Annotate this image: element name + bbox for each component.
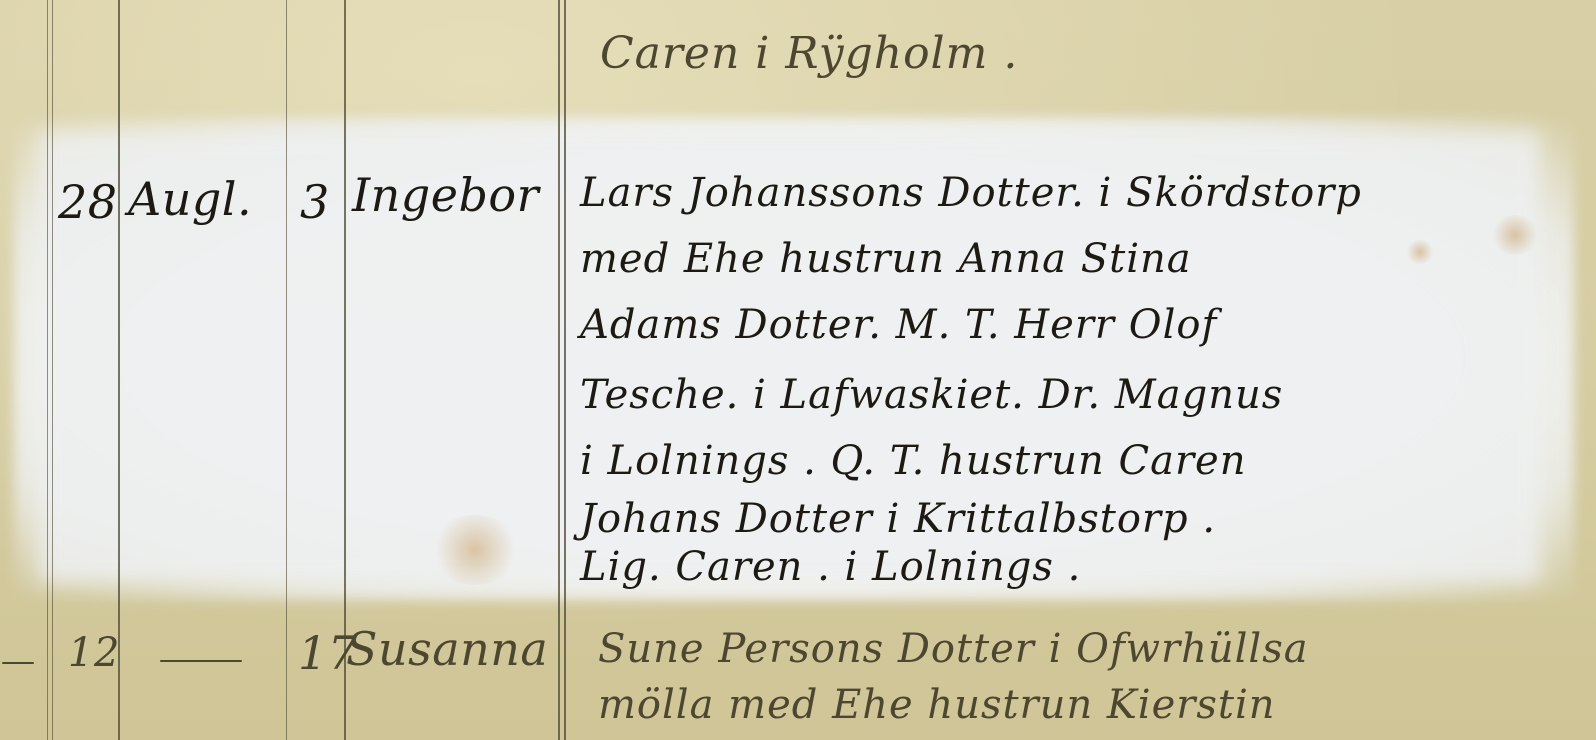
register-page: Caren i Rÿgholm . 28 Augl. 3 Ingebor Lar… <box>0 0 1596 740</box>
paper-stain <box>430 515 520 585</box>
entry-line-6: Johans Dotter i Krittalbstorp . <box>580 496 1216 542</box>
entry-bottom-child-name: Susanna <box>346 622 548 676</box>
entry-line-1: Lars Johanssons Dotter. i Skördstorp <box>580 170 1362 216</box>
entry-bottom-line-2: mölla med Ehe hustrun Kierstin <box>598 682 1276 728</box>
entry-bottom-number: 12 <box>68 630 120 676</box>
entry-bottom-line-1: Sune Persons Dotter i Ofwrhüllsa <box>598 626 1309 672</box>
entry-line-7: Lig. Caren . i Lolnings . <box>580 544 1081 590</box>
entry-child-name: Ingebor <box>352 168 539 222</box>
entry-day: 3 <box>300 175 330 229</box>
column-rule <box>47 0 48 740</box>
entry-top-line-1: Caren i Rÿgholm . <box>600 28 1018 79</box>
entry-line-5: i Lolnings . Q. T. hustrun Caren <box>580 438 1247 484</box>
margin-dash <box>2 662 34 664</box>
column-rule <box>564 0 566 740</box>
column-rule <box>52 0 53 740</box>
entry-line-2: med Ehe hustrun Anna Stina <box>580 236 1192 282</box>
ditto-month-dash <box>160 660 242 662</box>
entry-month: Augl. <box>128 172 252 226</box>
entry-line-4: Tesche. i Lafwaskiet. Dr. Magnus <box>580 372 1283 418</box>
paper-stain <box>1405 240 1435 264</box>
column-rule <box>286 0 287 740</box>
entry-line-3: Adams Dotter. M. T. Herr Olof <box>580 302 1217 348</box>
column-rule <box>118 0 120 740</box>
column-rule <box>558 0 560 740</box>
paper-stain <box>1490 215 1540 255</box>
entry-number: 28 <box>58 175 118 229</box>
